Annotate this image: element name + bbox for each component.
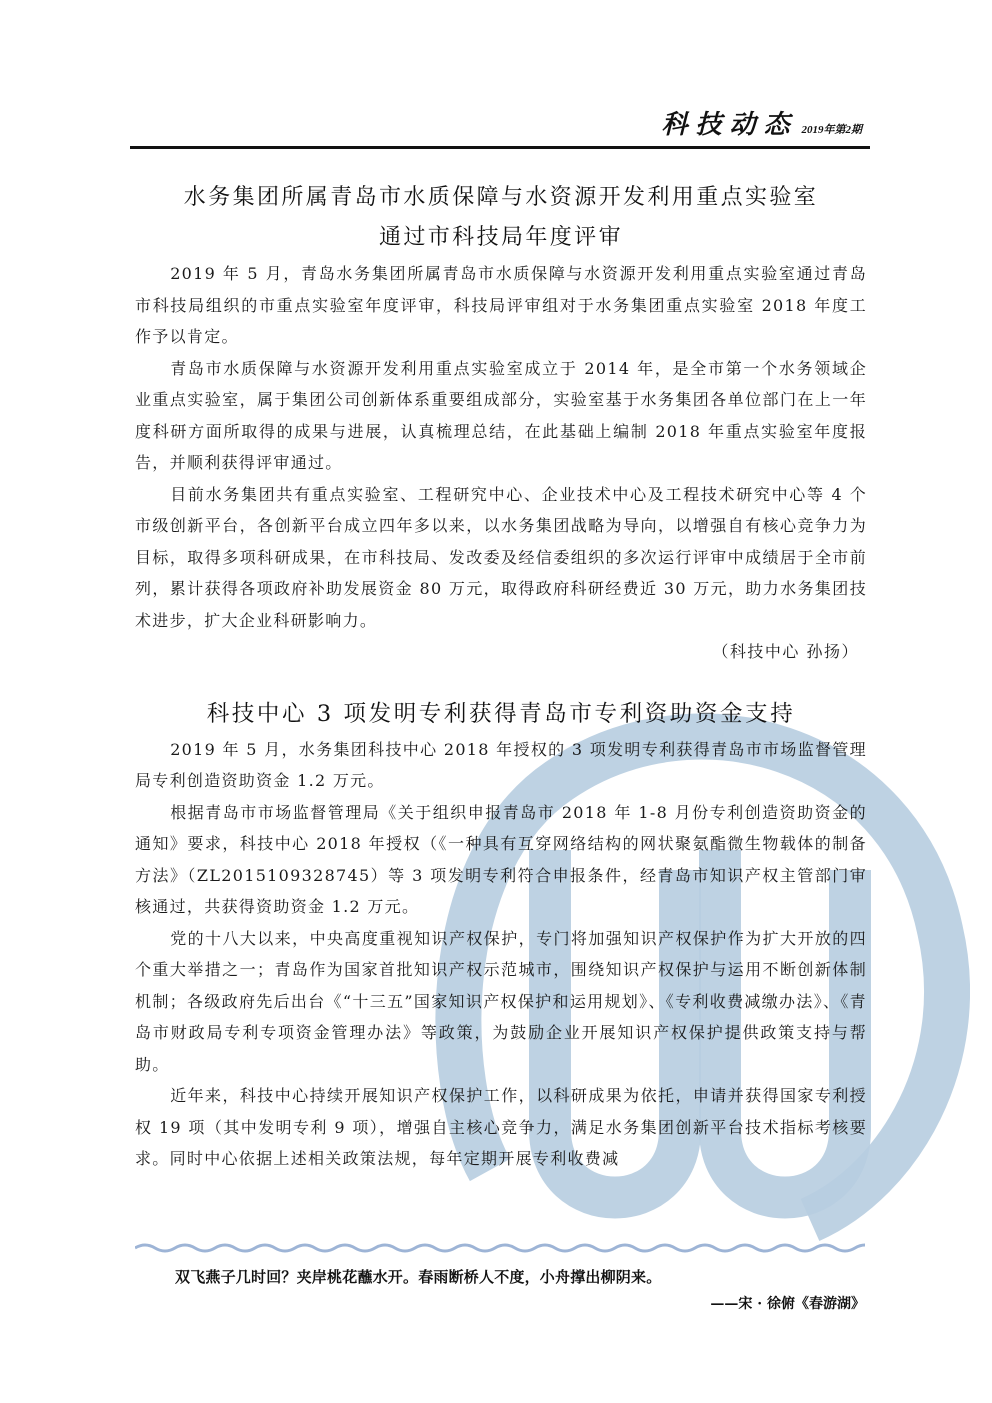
paragraph: 2019 年 5 月，水务集团科技中心 2018 年授权的 3 项发明专利获得青…	[135, 734, 867, 797]
page-content: 水务集团所属青岛市水质保障与水资源开发利用重点实验室 通过市科技局年度评审 20…	[135, 178, 867, 1175]
byline: （科技中心 孙扬）	[135, 636, 859, 668]
journal-issue: 2019年第2期	[802, 121, 863, 137]
paragraph: 2019 年 5 月，青岛水务集团所属青岛市水质保障与水资源开发利用重点实验室通…	[135, 258, 867, 353]
paragraph: 根据青岛市市场监督管理局《关于组织申报青岛市 2018 年 1-8 月份专利创造…	[135, 797, 867, 923]
article-title-line-1: 水务集团所属青岛市水质保障与水资源开发利用重点实验室	[135, 178, 867, 218]
poem-attribution: ——宋 · 徐俯《春游湖》	[135, 1293, 865, 1313]
article-title: 科技中心 3 项发明专利获得青岛市专利资助资金支持	[135, 694, 867, 734]
journal-title: 科技动态	[661, 104, 797, 141]
page-footer: 双飞燕子几时回？夹岸桃花蘸水开。春雨断桥人不度，小舟撑出柳阴来。 ——宋 · 徐…	[135, 1240, 865, 1313]
article-patent-funding: 科技中心 3 项发明专利获得青岛市专利资助资金支持 2019 年 5 月，水务集…	[135, 694, 867, 1175]
paragraph: 青岛市水质保障与水资源开发利用重点实验室成立于 2014 年，是全市第一个水务领…	[135, 353, 867, 479]
article-title-line-2: 通过市科技局年度评审	[135, 218, 867, 258]
paragraph: 党的十八大以来，中央高度重视知识产权保护，专门将加强知识产权保护作为扩大开放的四…	[135, 923, 867, 1081]
article-lab-review: 水务集团所属青岛市水质保障与水资源开发利用重点实验室 通过市科技局年度评审 20…	[135, 178, 867, 668]
page-header: 科技动态 2019年第2期	[130, 100, 870, 149]
wave-divider-icon	[135, 1240, 865, 1254]
paragraph: 近年来，科技中心持续开展知识产权保护工作，以科研成果为依托，申请并获得国家专利授…	[135, 1080, 867, 1175]
paragraph: 目前水务集团共有重点实验室、工程研究中心、企业技术中心及工程技术研究中心等 4 …	[135, 479, 867, 637]
poem-text: 双飞燕子几时回？夹岸桃花蘸水开。春雨断桥人不度，小舟撑出柳阴来。	[135, 1266, 865, 1287]
